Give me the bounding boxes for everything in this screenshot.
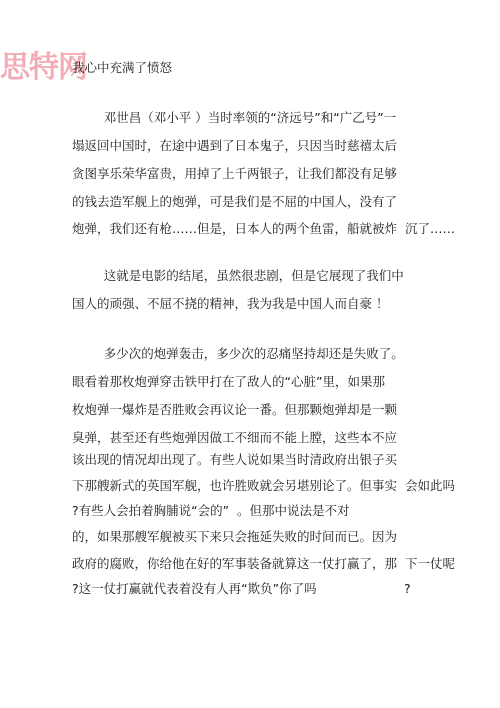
paragraph-line: ?这一仗打赢就代表着没有人再“欺负”你了吗 ?: [72, 581, 411, 597]
paragraph-line: 臭弹，甚至还有些炮弹因做工不细而不能上膛，这些本不应: [72, 430, 397, 446]
paragraph-line: 国人的顽强、不屈不挠的精神，我为我是中国人而自豪 ！: [72, 296, 388, 312]
paragraph-line: 多少次的炮弹轰击，多少次的忍痛坚持却还是失败了。: [72, 346, 404, 362]
paragraph-line: 邓世昌（邓小平 ）当时率领的“济远号”和“广乙号”一: [72, 110, 396, 126]
paragraph-line: 贪图享乐荣华富贵，用掉了上千两银子，让我们都没有足够: [72, 166, 397, 182]
paragraph-line: 下那艘新式的英国军舰，也许胜败就会另堪别论了。但事实 会如此吗: [72, 478, 455, 494]
paragraph-line: 该出现的情况却出现了。有些人说如果当时清政府出银子买: [72, 452, 397, 468]
paragraph-line: 塌返回中国时，在途中遇到了日本鬼子，只因当时慈禧太后: [72, 138, 397, 154]
paragraph-line: 的钱去造军舰上的炮弹，可是我们是不屈的中国人，没有了: [72, 194, 397, 210]
paragraph-line: 的，如果那艘军舰被买下来只会拖延失败的时间而已。因为: [72, 529, 397, 545]
paragraph-line: 眼看着那枚炮弹穿击铁甲打在了敌人的“心脏”里，如果那: [72, 374, 385, 390]
paragraph-line: 政府的腐败，你给他在好的军事装备就算这一仗打赢了，那 下一仗呢: [72, 556, 455, 572]
paragraph-line: ?有些人会拍着胸脯说“会的” 。但那中说法是不对: [72, 503, 350, 519]
paragraph-line: 这就是电影的结尾，虽然很悲剧，但是它展现了我们中: [72, 268, 404, 284]
document-title: 我心中充满了愤怒: [72, 60, 172, 76]
paragraph-line: 枚炮弹一爆炸是否胜败会再议论一番。但那颗炮弹却是一颗: [72, 402, 397, 418]
paragraph-line: 炮弹，我们还有枪……但是，日本人的两个鱼雷，船就被炸 沉了……: [72, 221, 455, 237]
